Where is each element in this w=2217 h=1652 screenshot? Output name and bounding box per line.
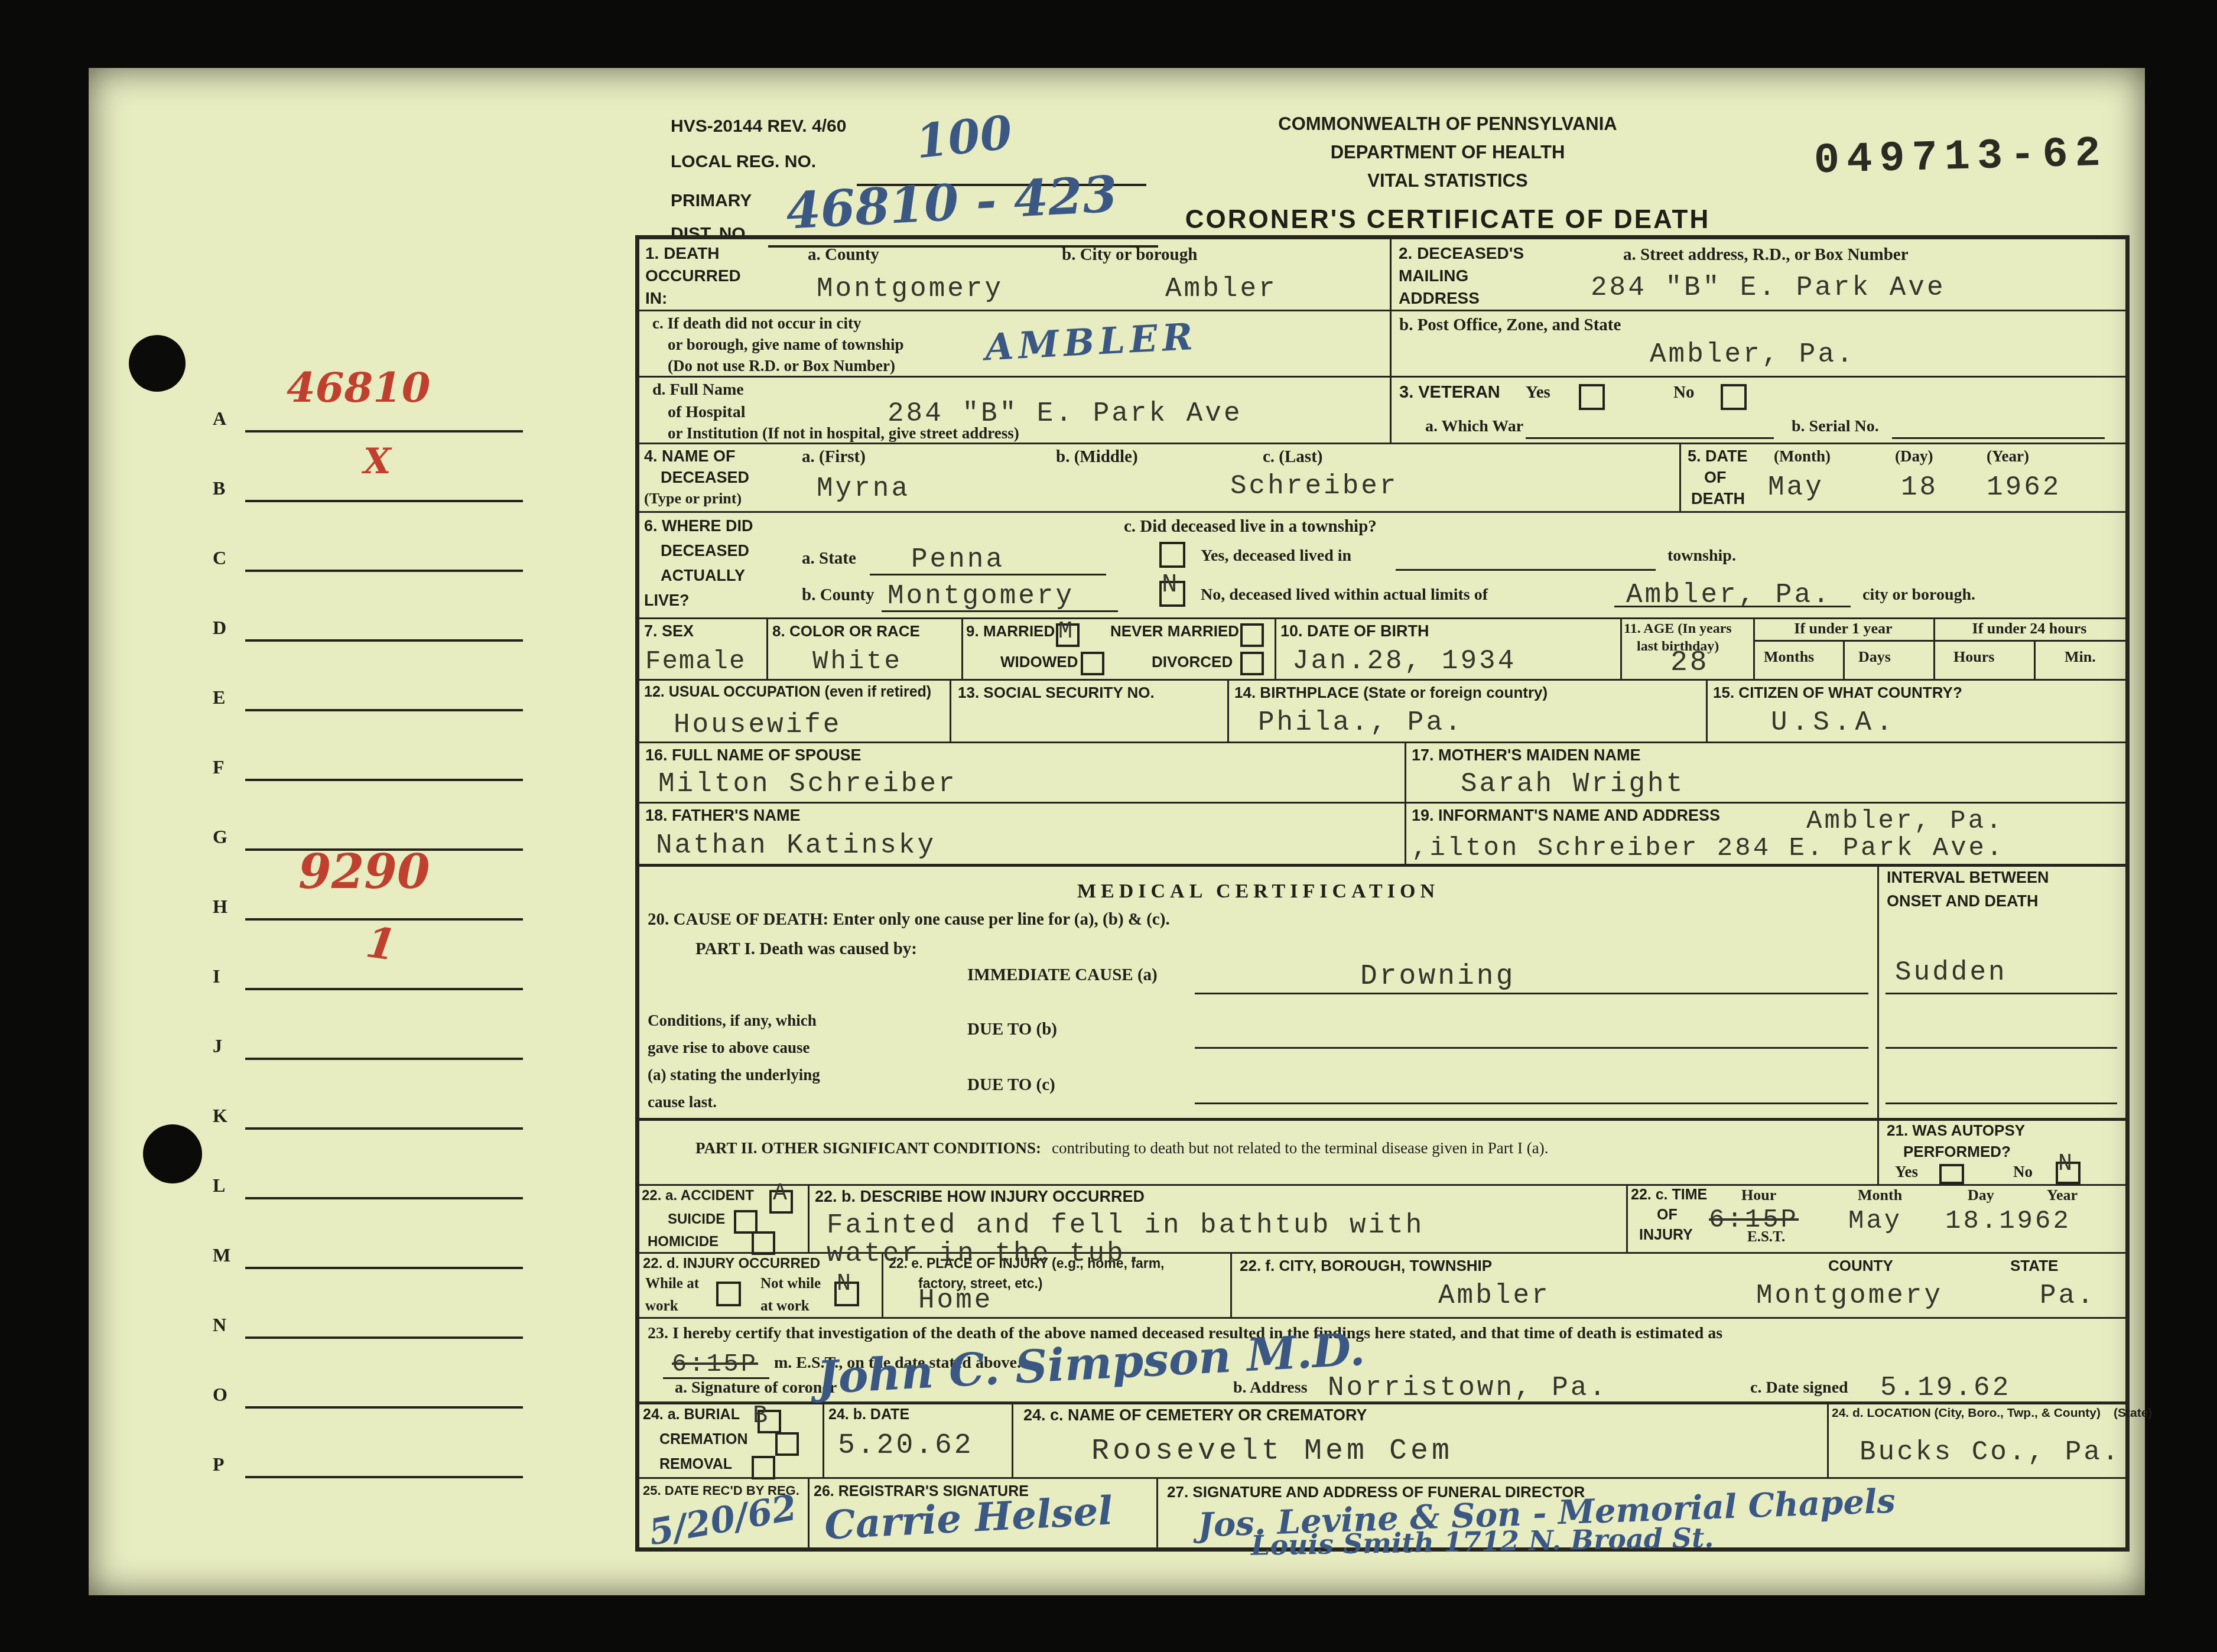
label-occurred: OCCURRED xyxy=(645,266,741,285)
checkbox-lived-township-yes xyxy=(1159,542,1185,568)
certificate-paper: A 46810 B X C D E F G H 9290 I 1 xyxy=(89,68,2145,1595)
label-middle: b. (Middle) xyxy=(1056,447,1138,467)
value-certify-time: 6:15P xyxy=(672,1350,758,1378)
label-due-to-b: DUE TO (b) xyxy=(967,1020,1057,1039)
field-under-1-year: If under 1 year Months Days xyxy=(1753,617,1935,681)
mark-married: M xyxy=(1058,619,1075,645)
label-burial-date: 24. b. DATE xyxy=(828,1406,909,1423)
value-live-county: Montgomery xyxy=(888,581,1074,612)
field-funeral-director: 27. SIGNATURE AND ADDRESS OF FUNERAL DIR… xyxy=(1156,1477,2125,1547)
line-serial-no xyxy=(1892,437,2105,439)
margin-line xyxy=(245,779,523,781)
label-county: a. County xyxy=(808,245,879,265)
label-lived-yes: Yes, deceased lived in xyxy=(1201,547,1351,565)
label-married: 9. MARRIED xyxy=(966,622,1055,640)
margin-line xyxy=(245,988,523,990)
label-medical-certification: MEDICAL CERTIFICATION xyxy=(639,880,1877,903)
label-in: IN: xyxy=(645,289,667,308)
margin-row-l: L xyxy=(213,1175,532,1201)
label-of: OF xyxy=(1704,469,1727,487)
divider-months-days xyxy=(1843,642,1845,679)
margin-row-o: O xyxy=(213,1384,532,1410)
value-immediate-cause: Drowning xyxy=(1360,961,1515,993)
label-injury-state: STATE xyxy=(2010,1257,2058,1275)
value-death-city: Ambler xyxy=(1165,274,1277,304)
label-date-signed: c. Date signed xyxy=(1750,1378,1848,1397)
label-county2: b. County xyxy=(802,586,875,605)
field-veteran: 3. VETERAN Yes No a. Which War b. Serial… xyxy=(1390,376,2125,444)
value-cemetery: Roosevelt Mem Cem xyxy=(1091,1435,1453,1468)
field-occupation: 12. USUAL OCCUPATION (even if retired) H… xyxy=(639,679,951,743)
label-suicide: SUICIDE xyxy=(668,1211,725,1228)
field-date-received: 25. DATE REC'D BY REG. 5/20/62 xyxy=(639,1477,810,1547)
label-injury-occurred: 22. d. INJURY OCCURRED xyxy=(643,1256,820,1272)
value-informant-city: Ambler, Pa. xyxy=(1806,807,2004,836)
label-veteran-no: No xyxy=(1673,383,1694,402)
field-accident-type: 22. a. ACCIDENT A SUICIDE HOMICIDE xyxy=(639,1184,810,1254)
label-never-married: NEVER MARRIED xyxy=(1110,622,1239,640)
label-interval-2: ONSET AND DEATH xyxy=(1887,892,2039,910)
margin-letter: P xyxy=(213,1453,225,1475)
certificate-form: 1. DEATH OCCURRED IN: a. County b. City … xyxy=(635,235,2130,1552)
value-date-signed: 5.19.62 xyxy=(1880,1373,2011,1403)
label-conditions-2: gave rise to above cause xyxy=(648,1039,810,1057)
margin-row-n: N xyxy=(213,1314,532,1340)
label-burial: 24. a. BURIAL xyxy=(643,1406,740,1423)
field-father: 18. FATHER'S NAME Nathan Katinsky xyxy=(639,802,1406,867)
margin-letter: C xyxy=(213,547,226,569)
margin-row-k: K xyxy=(213,1105,532,1131)
label-removal: REMOVAL xyxy=(659,1456,732,1473)
value-age: 28 xyxy=(1670,647,1709,679)
label-township-suffix: township. xyxy=(1667,547,1736,565)
label-location: 24. d. LOCATION (City, Boro., Twp., & Co… xyxy=(1832,1406,2101,1420)
label-hour: Hour xyxy=(1741,1186,1776,1204)
label-address: ADDRESS xyxy=(1399,289,1480,308)
value-injury-line2: water in the tub. xyxy=(827,1238,1144,1269)
section-medical-certification: MEDICAL CERTIFICATION 20. CAUSE OF DEATH… xyxy=(639,864,1879,1121)
margin-line xyxy=(245,570,523,572)
value-death-month: May xyxy=(1768,472,1824,503)
margin-line xyxy=(245,1406,523,1409)
field-hospital: d. Full Name of Hospital or Institution … xyxy=(639,376,1392,444)
margin-letter: G xyxy=(213,826,227,848)
mark-autopsy-no: N xyxy=(2058,1151,2075,1178)
label-month: (Month) xyxy=(1774,447,1831,466)
value-injury-day-year: 18.1962 xyxy=(1945,1207,2071,1236)
margin-value: 46810 xyxy=(287,363,431,412)
field-date-of-birth: 10. DATE OF BIRTH Jan.28, 1934 xyxy=(1275,617,1622,681)
field-mother-maiden: 17. MOTHER'S MAIDEN NAME Sarah Wright xyxy=(1405,742,2125,804)
label-spouse: 16. FULL NAME OF SPOUSE xyxy=(645,746,862,765)
label-conditions-4: cause last. xyxy=(648,1093,717,1111)
label-township-question: c. Did deceased live in a township? xyxy=(1124,517,1377,536)
value-burial-date: 5.20.62 xyxy=(838,1430,974,1462)
field-ssn: 13. SOCIAL SECURITY NO. xyxy=(950,679,1229,743)
checkbox-while-at-work xyxy=(716,1282,741,1306)
value-sex: Female xyxy=(645,647,746,677)
field-burial-type: 24. a. BURIAL B CREMATION REMOVAL xyxy=(639,1401,824,1479)
margin-value: 1 xyxy=(363,916,399,970)
field-registrar-signature: 26. REGISTRAR'S SIGNATURE Carrie Helsel xyxy=(808,1477,1158,1547)
field-cemetery-location: 24. d. LOCATION (City, Boro., Twp., & Co… xyxy=(1827,1401,2125,1479)
line-due-to-c xyxy=(1195,1103,1868,1104)
margin-line xyxy=(245,1267,523,1269)
value-mother-maiden: Sarah Wright xyxy=(1461,769,1685,799)
value-injury-month: May xyxy=(1848,1207,1902,1236)
field-birthplace: 14. BIRTHPLACE (State or foreign country… xyxy=(1227,679,1708,743)
label-veteran: 3. VETERAN xyxy=(1399,383,1500,402)
label-deceased: DECEASED xyxy=(661,469,749,487)
margin-letter: A xyxy=(213,408,226,430)
field-certification: 23. I hereby certify that investigation … xyxy=(639,1317,2125,1404)
vital-statistics-line: VITAL STATISTICS xyxy=(1034,170,1861,191)
margin-letter: K xyxy=(213,1105,227,1127)
line-lived-township xyxy=(1396,569,1656,571)
label-day: (Day) xyxy=(1895,447,1933,466)
label-part2-bold: PART II. OTHER SIGNIFICANT CONDITIONS: xyxy=(695,1139,1041,1157)
margin-letter: B xyxy=(213,477,225,499)
field-where-lived: 6. WHERE DID DECEASED ACTUALLY LIVE? a. … xyxy=(639,511,2125,619)
field-color-race: 8. COLOR OR RACE White xyxy=(766,617,963,681)
label-hospital-1: d. Full Name xyxy=(652,381,744,399)
margin-letter: I xyxy=(213,965,220,987)
label-injury-county: COUNTY xyxy=(1828,1257,1893,1275)
local-reg-label: LOCAL REG. NO. xyxy=(671,152,816,172)
label-time: 22. c. TIME xyxy=(1631,1186,1707,1204)
field-autopsy: 21. WAS AUTOPSY PERFORMED? Yes No N xyxy=(1877,1118,2125,1186)
mark-not-at-work: N xyxy=(837,1271,853,1297)
mark-burial: B xyxy=(753,1401,770,1430)
label-serial-no: b. Serial No. xyxy=(1792,417,1879,436)
value-place-injury: Home xyxy=(918,1285,993,1316)
label-cremation: CREMATION xyxy=(659,1431,748,1448)
line-interval-2 xyxy=(1886,1047,2117,1049)
field-date-of-death: 5. DATE OF DEATH (Month) (Day) (Year) Ma… xyxy=(1679,443,2125,513)
label-year: (Year) xyxy=(1987,447,2029,466)
label-township-1: c. If death did not occur in city xyxy=(652,314,862,333)
label-accident: 22. a. ACCIDENT xyxy=(642,1188,754,1204)
margin-letter: J xyxy=(213,1035,222,1057)
label-street-address: a. Street address, R.D., or Box Number xyxy=(1623,245,1909,265)
label-part2-rest: contributing to death but not related to… xyxy=(1052,1139,1549,1157)
label-injury-month: Month xyxy=(1858,1186,1902,1204)
line-interval-1 xyxy=(1886,993,2117,994)
value-occupation: Housewife xyxy=(674,710,841,740)
field-citizen: 15. CITIZEN OF WHAT COUNTRY? U.S.A. xyxy=(1706,679,2125,743)
value-interval: Sudden xyxy=(1895,957,2007,988)
label-homicide: HOMICIDE xyxy=(648,1234,719,1250)
local-reg-value: 100 xyxy=(914,106,1015,170)
margin-row-b: B X xyxy=(213,477,532,503)
section-part2: PART II. OTHER SIGNIFICANT CONDITIONS: c… xyxy=(639,1118,1879,1186)
label-not-while: Not while xyxy=(760,1276,821,1292)
value-death-county: Montgomery xyxy=(817,274,1003,304)
label-township-3: (Do not use R.D. or Box Number) xyxy=(668,357,895,375)
label-days: Days xyxy=(1858,648,1891,666)
label-birthplace: 14. BIRTHPLACE (State or foreign country… xyxy=(1234,684,1548,702)
label-hours: Hours xyxy=(1953,648,1994,666)
primary-label: PRIMARY xyxy=(671,191,752,211)
label-part1: PART I. Death was caused by: xyxy=(695,939,917,959)
commonwealth-line: COMMONWEALTH OF PENNSYLVANIA xyxy=(1034,113,1861,135)
margin-row-m: M xyxy=(213,1244,532,1270)
stamp-number: 049713-62 xyxy=(1813,129,2108,186)
margin-row-c: C xyxy=(213,547,532,573)
label-time-of: OF xyxy=(1657,1207,1678,1224)
field-cemetery: 24. c. NAME OF CEMETERY OR CREMATORY Roo… xyxy=(1012,1401,1829,1479)
line-lived-limits xyxy=(1614,606,1851,607)
margin-row-d: D xyxy=(213,617,532,643)
divider-hours-min xyxy=(2034,642,2036,679)
margin-row-p: P xyxy=(213,1453,532,1479)
label-at-work: at work xyxy=(760,1298,810,1315)
margin-letter: N xyxy=(213,1314,226,1336)
label-age-1: 11. AGE (In years xyxy=(1624,621,1732,637)
value-last-name: Schreiber xyxy=(1230,471,1398,502)
line-interval-3 xyxy=(1886,1103,2117,1104)
field-name-of-deceased: 4. NAME OF DECEASED (Type or print) a. (… xyxy=(639,443,1681,513)
field-spouse: 16. FULL NAME OF SPOUSE Milton Schreiber xyxy=(639,742,1406,804)
margin-row-f: F xyxy=(213,756,532,782)
label-which-war: a. Which War xyxy=(1425,417,1523,436)
value-hospital: 284 "B" E. Park Ave xyxy=(888,398,1243,429)
label-name-of: 4. NAME OF xyxy=(644,447,736,466)
checkbox-homicide xyxy=(752,1231,775,1255)
field-time-of-injury: 22. c. TIME OF INJURY Hour 6:15P E.S.T. … xyxy=(1626,1184,2125,1254)
margin-letter: H xyxy=(213,896,227,918)
label-actually: ACTUALLY xyxy=(661,567,745,585)
value-coroner-address: Norristown, Pa. xyxy=(1328,1373,1608,1403)
margin-letter: E xyxy=(213,687,225,708)
margin-line xyxy=(245,1058,523,1060)
label-coroner-signature: a. Signature of coroner xyxy=(675,1378,837,1397)
margin-value: X xyxy=(363,441,391,482)
label-injury-word: INJURY xyxy=(1639,1227,1693,1244)
margin-row-a: A 46810 xyxy=(213,408,532,434)
line-due-to-b xyxy=(1195,1047,1868,1049)
checkbox-cremation xyxy=(775,1432,799,1456)
label-last: c. (Last) xyxy=(1263,447,1322,467)
checkbox-veteran-yes xyxy=(1579,384,1605,410)
label-due-to-c: DUE TO (c) xyxy=(967,1075,1055,1095)
label-mother-maiden: 17. MOTHER'S MAIDEN NAME xyxy=(1412,746,1640,765)
field-informant: 19. INFORMANT'S NAME AND ADDRESS Ambler,… xyxy=(1405,802,2125,867)
margin-row-i: I 1 xyxy=(213,965,532,991)
value-street-address: 284 "B" E. Park Ave xyxy=(1591,272,1946,303)
label-date: 5. DATE xyxy=(1688,447,1748,466)
value-township: AMBLER xyxy=(984,315,1198,369)
label-while-at: While at xyxy=(645,1276,699,1292)
label-widowed: WIDOWED xyxy=(1000,653,1078,671)
certificate-title: CORONER'S CERTIFICATE OF DEATH xyxy=(945,205,1950,235)
value-injury-city: Ambler xyxy=(1438,1280,1550,1311)
value-color-race: White xyxy=(812,647,902,677)
label-death-word: DEATH xyxy=(1691,490,1745,508)
value-citizen: U.S.A. xyxy=(1771,707,1897,738)
form-number: HVS-20144 REV. 4/60 xyxy=(671,116,846,136)
label-type-or-print: (Type or print) xyxy=(644,490,742,508)
checkbox-autopsy-yes xyxy=(1939,1164,1964,1184)
margin-line xyxy=(245,1336,523,1339)
label-lived-no: No, deceased lived within actual limits … xyxy=(1201,586,1488,604)
label-veteran-yes: Yes xyxy=(1526,383,1550,402)
margin-line xyxy=(245,1127,523,1130)
label-sex: 7. SEX xyxy=(644,622,694,640)
value-state: Penna xyxy=(911,544,1005,575)
margin-letter: M xyxy=(213,1244,230,1266)
label-est: E.S.T. xyxy=(1747,1229,1785,1245)
checkbox-widowed xyxy=(1081,652,1104,675)
hole-punch-bottom xyxy=(143,1124,202,1183)
checkbox-divorced xyxy=(1240,652,1264,675)
field-death-occurred: 1. DEATH OCCURRED IN: a. County b. City … xyxy=(639,239,1392,311)
label-date-of-birth: 10. DATE OF BIRTH xyxy=(1280,622,1429,640)
label-conditions-1: Conditions, if any, which xyxy=(648,1012,817,1030)
label-post-office: b. Post Office, Zone, and State xyxy=(1399,316,1621,335)
checkbox-removal xyxy=(752,1456,775,1479)
margin-letter: F xyxy=(213,756,225,778)
label-describe-injury: 22. b. DESCRIBE HOW INJURY OCCURRED xyxy=(815,1188,1145,1206)
label-work: work xyxy=(645,1298,678,1315)
margin-line xyxy=(245,430,523,432)
value-spouse: Milton Schreiber xyxy=(658,769,957,799)
margin-row-j: J xyxy=(213,1035,532,1061)
label-location-line: 24. d. LOCATION (City, Boro., Twp., & Co… xyxy=(1832,1406,2152,1420)
label-where-did: 6. WHERE DID xyxy=(644,517,753,535)
label-city-borough: b. City or borough xyxy=(1062,245,1197,265)
margin-letter: L xyxy=(213,1175,225,1196)
label-father: 18. FATHER'S NAME xyxy=(645,807,800,825)
label-immediate-cause: IMMEDIATE CAUSE (a) xyxy=(967,965,1158,985)
label-color-race: 8. COLOR OR RACE xyxy=(772,622,920,640)
label-autopsy-no: No xyxy=(2013,1163,2033,1181)
label-township-2: or borough, give name of township xyxy=(668,336,904,354)
field-burial-date: 24. b. DATE 5.20.62 xyxy=(823,1401,1013,1479)
margin-letter: D xyxy=(213,617,226,639)
value-date-of-birth: Jan.28, 1934 xyxy=(1292,646,1516,677)
margin-value: 9290 xyxy=(298,844,430,899)
label-under-1-year: If under 1 year xyxy=(1753,617,1933,642)
mark-lived-no: N xyxy=(1162,570,1179,600)
field-sex: 7. SEX Female xyxy=(639,617,768,681)
margin-row-e: E xyxy=(213,687,532,713)
value-death-year: 1962 xyxy=(1987,472,2061,503)
value-injury-line1: Fainted and fell in bathtub with xyxy=(827,1210,1424,1241)
hole-punch-top xyxy=(129,335,186,392)
line-which-war xyxy=(1526,437,1774,439)
margin-line xyxy=(245,639,523,642)
field-mailing-address: 2. DECEASED'S MAILING ADDRESS a. Street … xyxy=(1390,239,2125,311)
label-part2-line: PART II. OTHER SIGNIFICANT CONDITIONS: c… xyxy=(695,1139,1548,1157)
value-post-office: Ambler, Pa. xyxy=(1650,339,1855,370)
label-under-24-hours: If under 24 hours xyxy=(1933,617,2125,642)
agency-block: COMMONWEALTH OF PENNSYLVANIA DEPARTMENT … xyxy=(1034,113,1861,191)
value-injury-state: Pa. xyxy=(2040,1280,2096,1311)
label-state: a. State xyxy=(802,549,856,568)
field-under-24-hours: If under 24 hours Hours Min. xyxy=(1933,617,2125,681)
value-death-day: 18 xyxy=(1901,472,1938,503)
label-location-state: (State) xyxy=(2114,1406,2152,1420)
field-marital-status: 9. MARRIED M NEVER MARRIED WIDOWED DIVOR… xyxy=(961,617,1276,681)
label-conditions-3: (a) stating the underlying xyxy=(648,1066,820,1084)
margin-line xyxy=(245,500,523,502)
label-mailing: MAILING xyxy=(1399,266,1468,285)
checkbox-suicide xyxy=(734,1210,758,1234)
label-borough-suffix: city or borough. xyxy=(1862,586,1975,604)
field-township: c. If death did not occur in city or bor… xyxy=(639,310,1392,378)
line-immediate-cause xyxy=(1195,993,1868,994)
label-months: Months xyxy=(1764,648,1814,666)
label-autopsy-1: 21. WAS AUTOPSY xyxy=(1887,1121,2025,1140)
label-informant: 19. INFORMANT'S NAME AND ADDRESS xyxy=(1412,807,1720,825)
label-cemetery: 24. c. NAME OF CEMETERY OR CREMATORY xyxy=(1023,1406,1367,1425)
label-injury-day: Day xyxy=(1968,1186,1994,1204)
label-injury-year: Year xyxy=(2047,1186,2078,1204)
label-ssn: 13. SOCIAL SECURITY NO. xyxy=(958,684,1155,702)
checkbox-never-married xyxy=(1240,623,1264,647)
margin-line xyxy=(245,709,523,711)
label-interval-1: INTERVAL BETWEEN xyxy=(1887,869,2049,887)
mark-accident: A xyxy=(773,1181,789,1207)
margin-line xyxy=(245,1197,523,1199)
value-injury-county: Montgomery xyxy=(1756,1280,1943,1311)
department-line: DEPARTMENT OF HEALTH xyxy=(1034,142,1861,163)
label-autopsy-yes: Yes xyxy=(1895,1163,1918,1181)
label-cause-of-death: 20. CAUSE OF DEATH: Enter only one cause… xyxy=(648,910,1170,929)
label-injury-city: 22. f. CITY, BOROUGH, TOWNSHIP xyxy=(1240,1257,1492,1275)
label-autopsy-2: PERFORMED? xyxy=(1903,1143,2011,1161)
label-death: 1. DEATH xyxy=(645,244,720,263)
label-citizen: 15. CITIZEN OF WHAT COUNTRY? xyxy=(1713,684,1962,702)
label-min: Min. xyxy=(2065,648,2096,666)
label-first: a. (First) xyxy=(802,447,866,467)
label-divorced: DIVORCED xyxy=(1152,653,1233,671)
field-interval: INTERVAL BETWEEN ONSET AND DEATH Sudden xyxy=(1877,864,2125,1121)
value-father: Nathan Katinsky xyxy=(656,830,936,861)
field-how-injury-occurred: 22. b. DESCRIBE HOW INJURY OCCURRED Fain… xyxy=(808,1184,1628,1254)
field-injury-city: 22. f. CITY, BOROUGH, TOWNSHIP Ambler CO… xyxy=(1230,1252,2125,1319)
value-informant: ,ilton Schreiber 284 E. Park Ave. xyxy=(1412,834,2004,863)
margin-letter: O xyxy=(213,1384,227,1406)
field-age: 11. AGE (In years last birthday) 28 xyxy=(1620,617,1755,681)
field-post-office: b. Post Office, Zone, and State Ambler, … xyxy=(1390,310,2125,378)
value-birthplace: Phila., Pa. xyxy=(1258,707,1464,738)
label-live: LIVE? xyxy=(644,591,690,610)
label-occupation: 12. USUAL OCCUPATION (even if retired) xyxy=(644,684,931,701)
value-first-name: Myrna xyxy=(817,473,910,504)
label-hospital-2: of Hospital xyxy=(668,403,745,422)
value-location: Bucks Co., Pa. xyxy=(1860,1437,2121,1468)
label-deceaseds: 2. DECEASED'S xyxy=(1399,244,1524,263)
margin-line xyxy=(245,1476,523,1478)
label-deceased2: DECEASED xyxy=(661,542,749,560)
checkbox-veteran-no xyxy=(1721,384,1747,410)
